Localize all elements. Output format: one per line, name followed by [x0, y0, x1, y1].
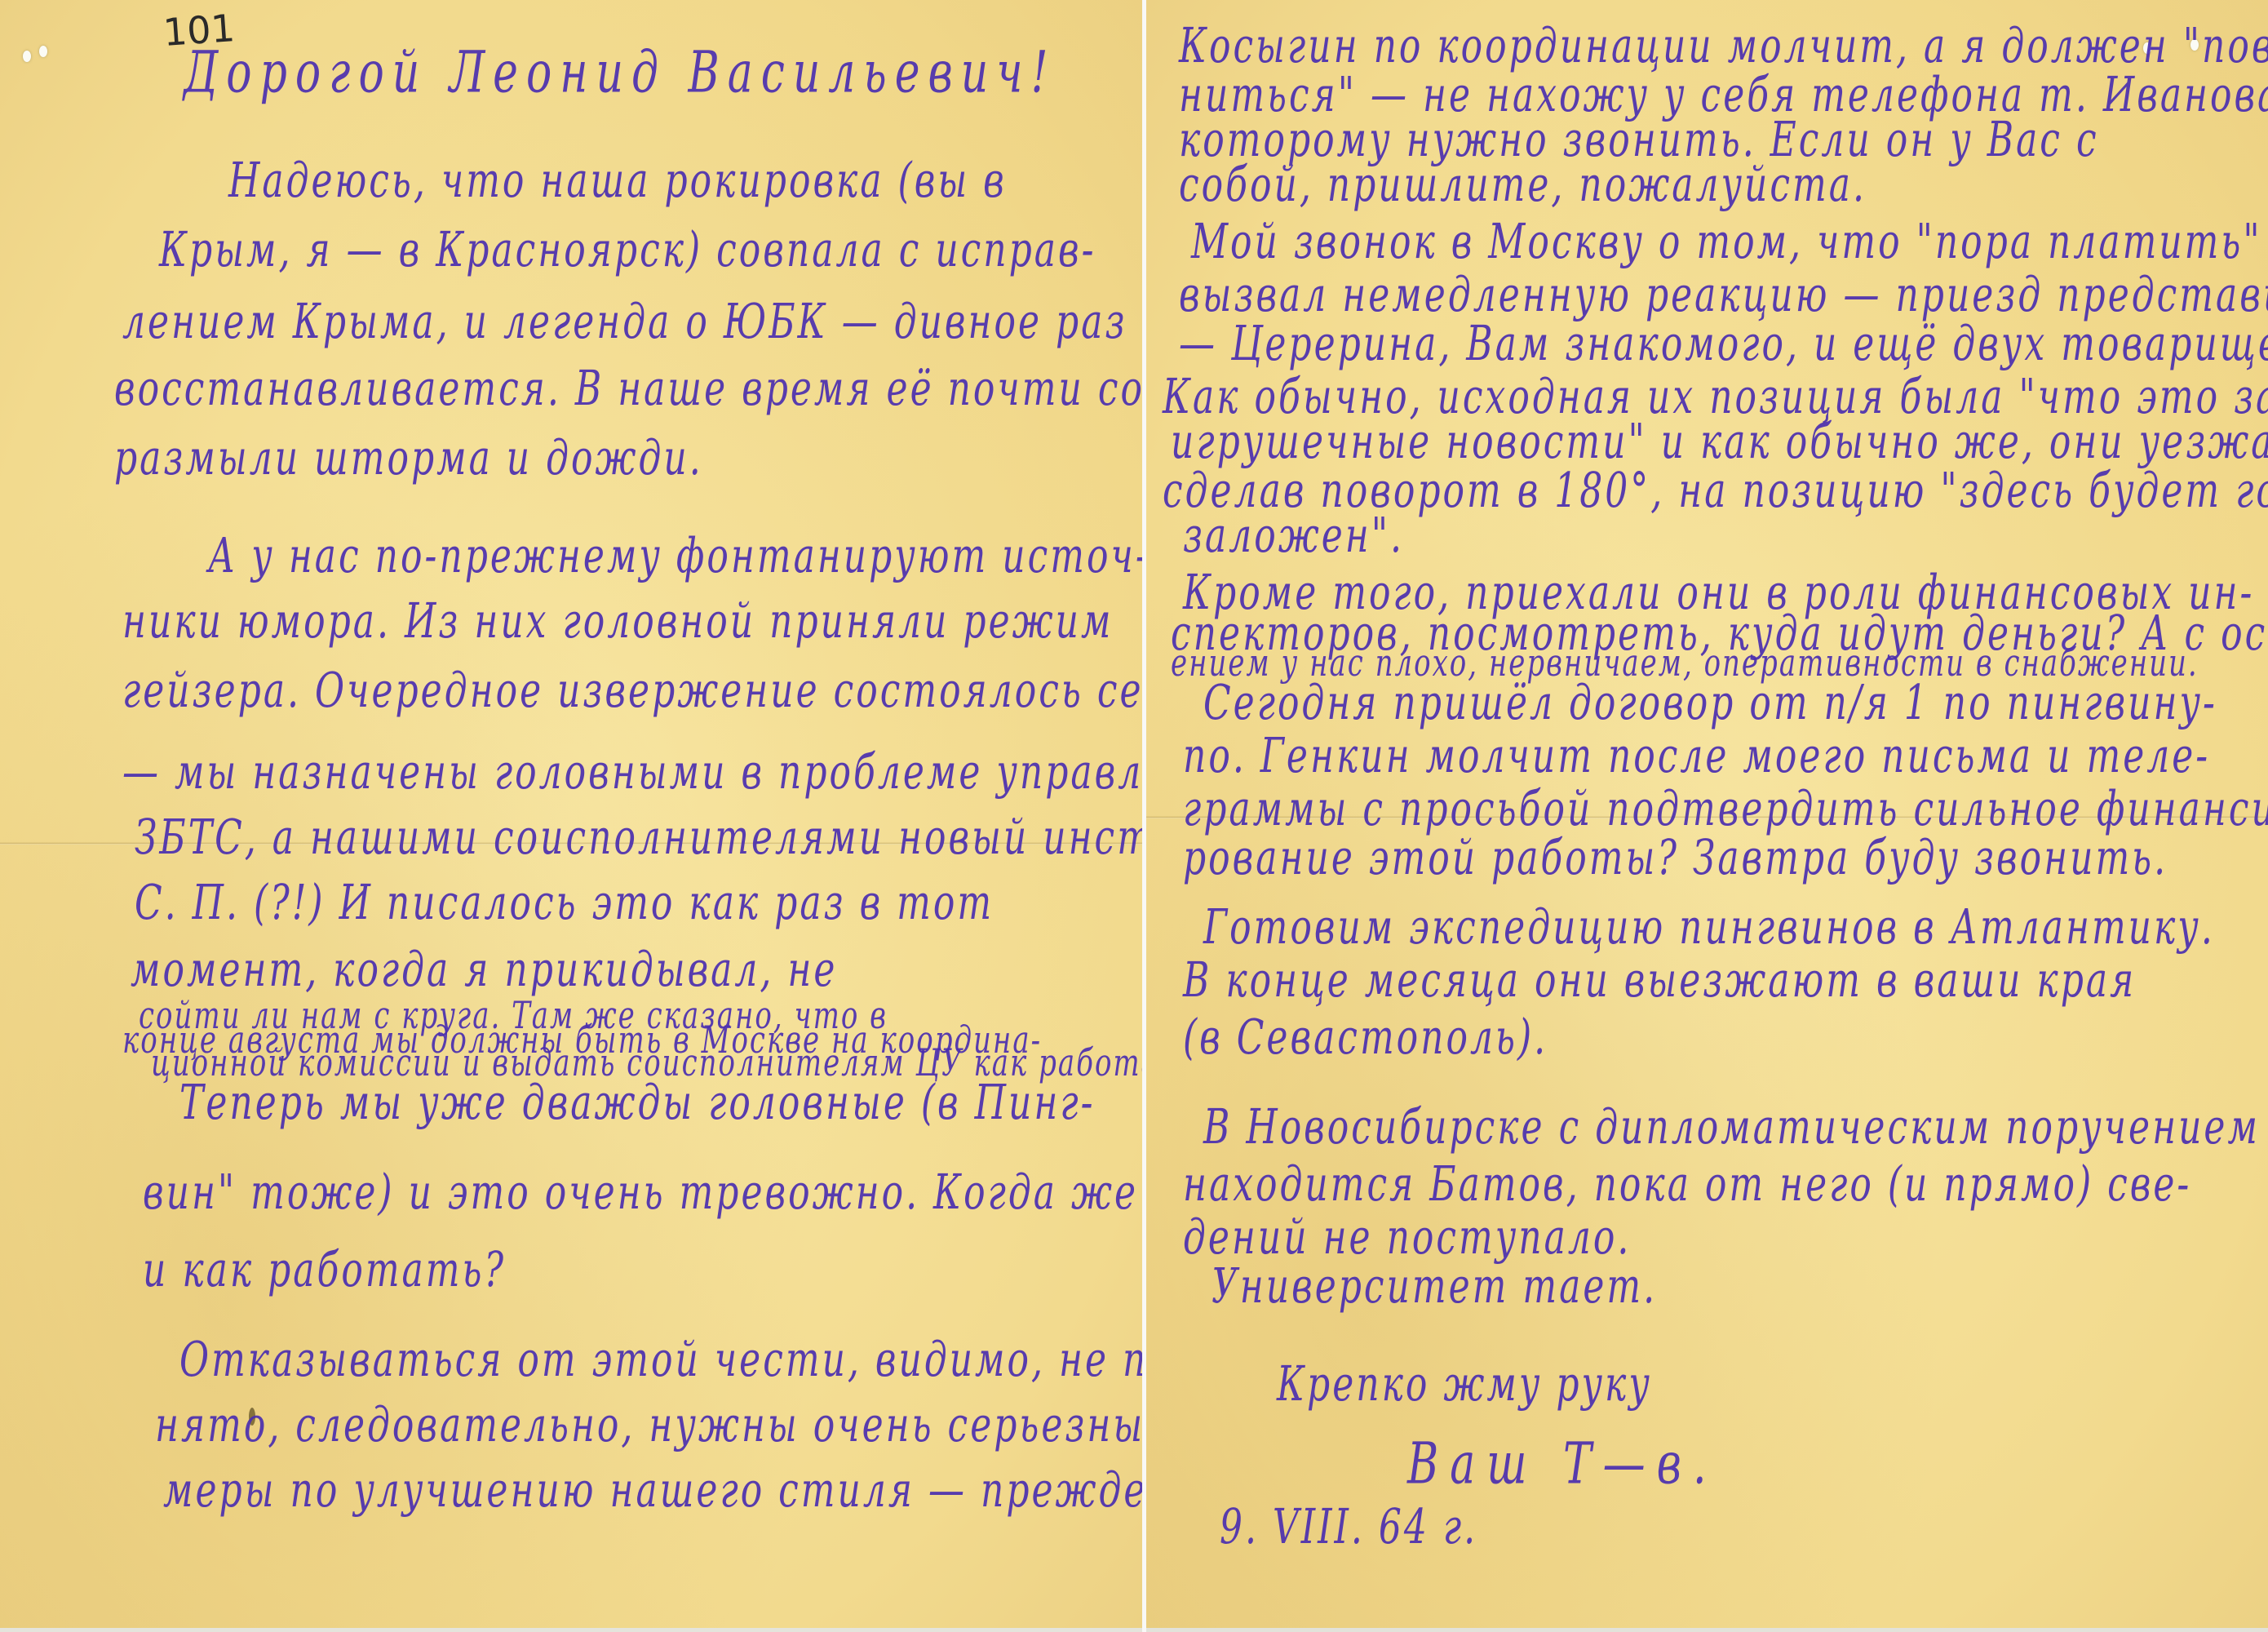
text-line: заложен".	[1183, 508, 1404, 564]
text-line: собой, пришлите, пожалуйста.	[1179, 157, 1867, 213]
text-line: ЗБТС, а нашими соисполнителями новый инс…	[135, 809, 1142, 866]
text-line: В Новосибирске с дипломатическим поручен…	[1203, 1099, 2260, 1155]
text-line: Отказываться от этой чести, видимо, не п…	[179, 1332, 1142, 1388]
text-line: ники юмора. Из них головной приняли режи…	[122, 593, 1113, 650]
text-line: игрушечные новости" и как обычно же, они…	[1171, 414, 2268, 470]
text-line: восстанавливается. В наше время её почти…	[114, 361, 1142, 417]
pinhole	[39, 46, 47, 57]
text-line: находится Батов, пока от него (и прямо) …	[1183, 1156, 2191, 1213]
text-line: Теперь мы уже дважды головные (в Пинг-	[179, 1075, 1095, 1131]
text-line: дений не поступало.	[1183, 1209, 1631, 1266]
text-line: вызвал немедленную реакцию — приезд пред…	[1179, 267, 2268, 323]
text-line: Крым, я — в Красноярск) совпала с исправ…	[159, 222, 1096, 278]
text-line: Университет тает.	[1212, 1258, 1657, 1315]
text-line: лением Крыма, и легенда о ЮБК — дивное р…	[122, 294, 1127, 350]
text-line: С. П. (?!) И писалось это как раз в тот	[135, 875, 994, 931]
text-line: — Церерина, Вам знакомого, и ещё двух то…	[1179, 316, 2268, 372]
text-line: граммы с просьбой подтвердить сильное фи…	[1183, 781, 2268, 837]
text-line: Надеюсь, что наша рокировка (вы в	[228, 153, 1007, 209]
text-line: момент, когда я прикидывал, не	[131, 942, 837, 998]
text-line: рование этой работы? Завтра буду звонить…	[1183, 830, 2168, 886]
letter-page-left: 101 Дорогой Леонид Васильевич! Надеюсь, …	[0, 0, 1142, 1628]
text-line: Мой звонок в Москву о том, что "пора пла…	[1191, 214, 2262, 270]
text-line: гейзера. Очередное извержение состоялось…	[122, 663, 1142, 719]
signature: Ваш Т—в.	[1407, 1431, 1717, 1497]
text-line: А у нас по-прежнему фонтанируют источ-	[208, 528, 1142, 584]
scan-border	[1146, 1628, 2268, 1632]
salutation: Дорогой Леонид Васильевич!	[184, 40, 1056, 106]
text-line: и как работать?	[143, 1242, 506, 1298]
text-line: (в Севастополь).	[1183, 1009, 1548, 1066]
letter-page-right: Косыгин по координации молчит, а я долже…	[1146, 0, 2268, 1628]
pinhole	[23, 51, 31, 62]
text-line: по. Генкин молчит после моего письма и т…	[1183, 728, 2210, 784]
closing: Крепко жму руку	[1277, 1356, 1652, 1412]
date: 9. VIII. 64 г.	[1220, 1499, 1477, 1555]
text-line: — мы назначены головными в проблеме упра…	[122, 744, 1142, 800]
text-line: В конце месяца они выезжают в ваши края	[1183, 952, 2136, 1009]
text-line: Сегодня пришёл договор от п/я 1 по пингв…	[1203, 675, 2217, 731]
text-line: меры по улучшению нашего стиля — прежде	[163, 1462, 1142, 1519]
text-line: Готовим экспедицию пингвинов в Атлантику…	[1203, 899, 2215, 956]
text-line: нято, следовательно, нужны очень серьезн…	[155, 1397, 1142, 1453]
text-line: вин" тоже) и это очень тревожно. Когда ж…	[143, 1164, 1138, 1221]
text-line: Косыгин по координации молчит, а я долже…	[1179, 18, 2268, 74]
text-line: размыли шторма и дожди.	[114, 430, 703, 486]
